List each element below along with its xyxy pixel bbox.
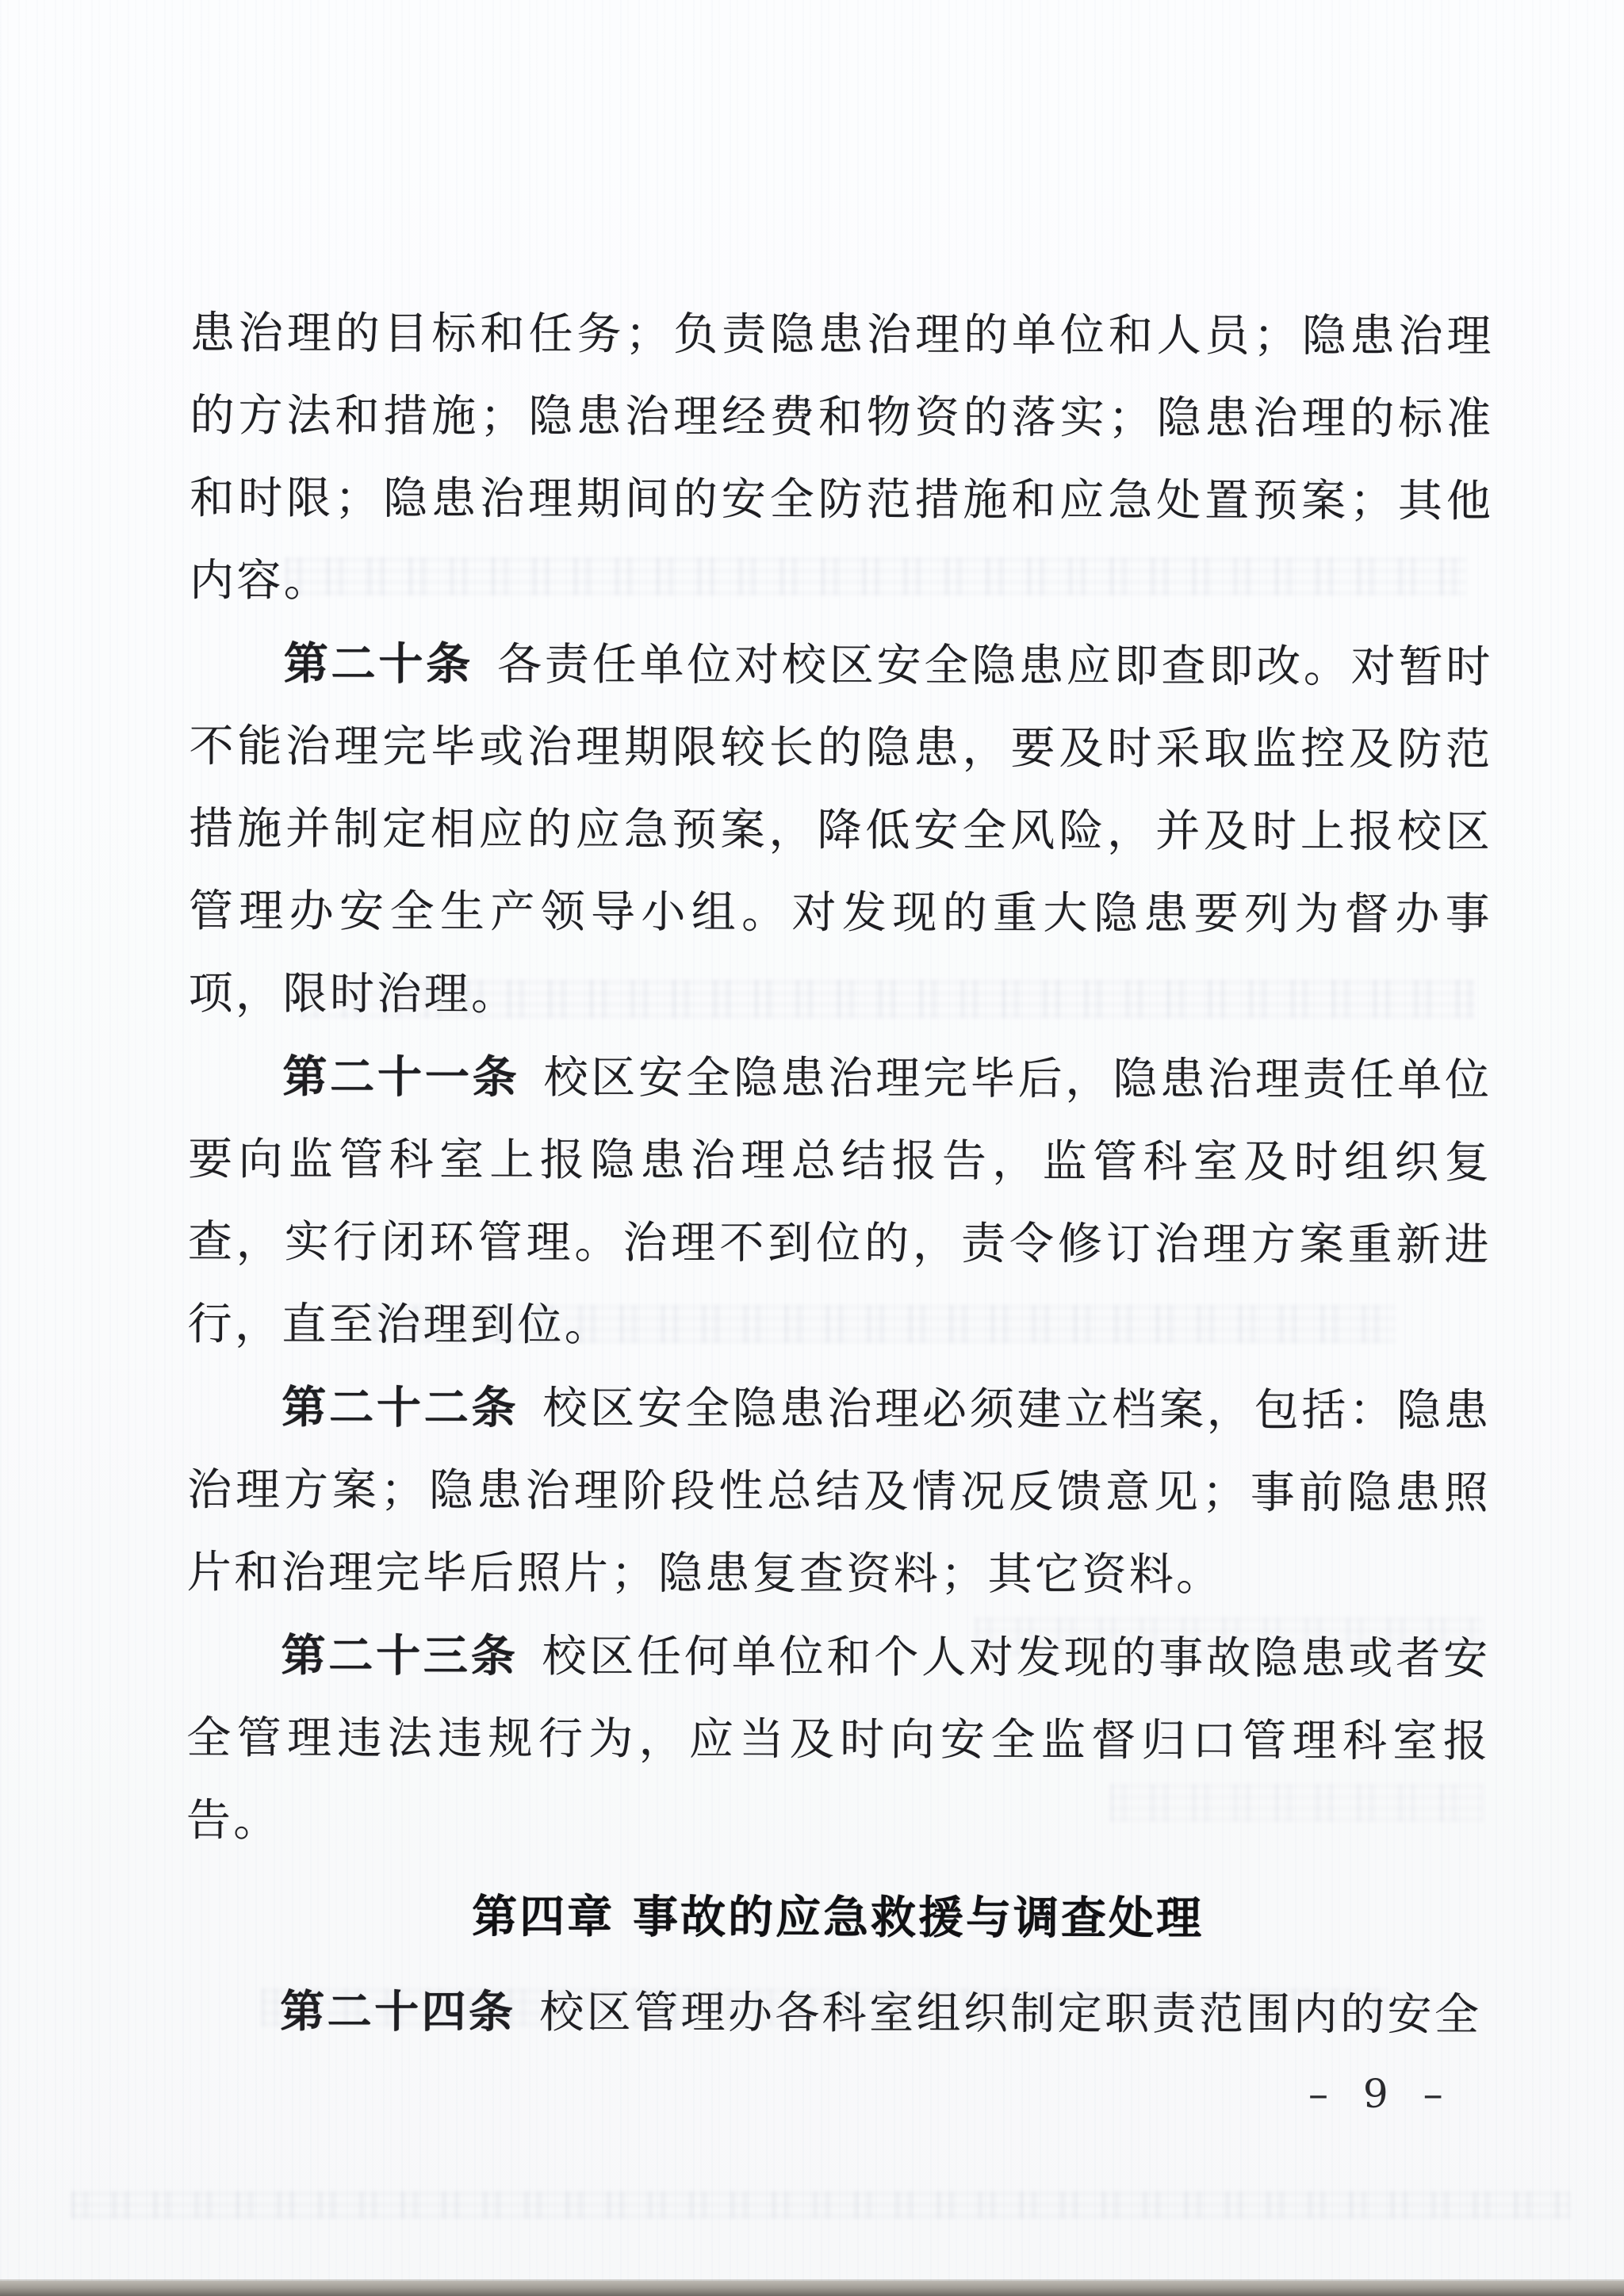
article-number-label: 第二十二条 [282,1381,519,1434]
article-paragraph: 第二十一条校区安全隐患治理完毕后，隐患治理责任单位要向监管科室上报隐患治理总结报… [187,1035,1492,1369]
document-page: 患治理的目标和任务；负责隐患治理的单位和人员；隐患治理的方法和措施；隐患治理经费… [0,0,1624,2296]
chapter-heading: 第四章 事故的应急救援与调查处理 [186,1875,1490,1961]
article-paragraph: 第二十条各责任单位对校区安全隐患应即查即改。对暂时不能治理完毕或治理期限较长的隐… [189,622,1493,1039]
paragraph-text: 各责任单位对校区安全隐患应即查即改。对暂时不能治理完毕或治理期限较长的隐患，要及… [189,639,1493,1020]
article-number-label: 第二十三条 [281,1629,518,1682]
paragraph-text: 患治理的目标和任务；负责隐患治理的单位和人员；隐患治理的方法和措施；隐患治理经费… [190,308,1494,607]
article-number-label: 第二十一条 [282,1050,519,1104]
article-paragraph: 患治理的目标和任务；负责隐患治理的单位和人员；隐患治理的方法和措施；隐患治理经费… [190,293,1494,626]
article-paragraph: 第二十四条校区管理办各科室组织制定职责范围内的安全 [186,1970,1489,2057]
article-paragraph: 第二十三条校区任何单位和个人对发现的事故隐患或者安全管理违法违规行为，应当及时向… [186,1614,1491,1865]
paragraph-text: 校区管理办各科室组织制定职责范围内的安全 [539,1987,1481,2041]
article-number-label: 第二十条 [284,637,473,691]
article-paragraph: 第二十二条校区安全隐患治理必须建立档案，包括：隐患治理方案；隐患治理阶段性总结及… [187,1366,1492,1617]
page-number: – 9 – [1308,2071,1454,2117]
scan-edge-bar [0,2281,1624,2296]
bleed-through-artifact [71,2191,1570,2218]
article-number-label: 第二十四条 [280,1985,515,2038]
document-body: 患治理的目标和任务；负责隐患治理的单位和人员；隐患治理的方法和措施；隐患治理经费… [186,293,1494,2057]
